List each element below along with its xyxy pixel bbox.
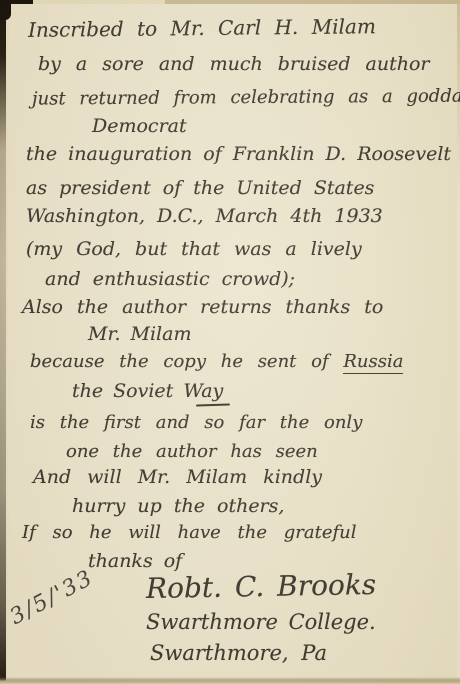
inscription-line-book-title: because the copy he sent of Russia bbox=[30, 351, 403, 372]
inscription-line: Mr. Milam bbox=[88, 323, 191, 345]
inscription-line-date-place: Washington, D.C., March 4th 1933 bbox=[26, 205, 383, 227]
inscription-line: one the author has seen bbox=[66, 441, 318, 462]
inscription-line: is the first and so far the only bbox=[30, 412, 362, 433]
underline-stroke bbox=[196, 403, 230, 406]
pencil-date-note: 3/5/'33 bbox=[6, 565, 98, 630]
inscription-line: as president of the United States bbox=[26, 177, 374, 199]
inscription-line: And will Mr. Milam kindly bbox=[33, 466, 322, 488]
page-top-edge bbox=[0, 0, 460, 4]
inscription-line: Also the author returns thanks to bbox=[22, 296, 383, 318]
inscription-line: (my God, but that was a lively bbox=[26, 238, 362, 260]
inscription-line: thanks of bbox=[88, 550, 182, 572]
book-page: Inscribed to Mr. Carl H. Milam by a sore… bbox=[0, 0, 460, 684]
inscription-line-book-title: the Soviet Way bbox=[72, 380, 223, 402]
inscription-line-city: Swarthmore, Pa bbox=[150, 641, 327, 665]
line-text: because the copy he sent of bbox=[30, 351, 343, 372]
inscription-line: If so he will have the grateful bbox=[22, 522, 356, 543]
inscription-line: just returned from celebrating as a godd… bbox=[32, 85, 460, 109]
inscription-line: and enthusiastic crowd); bbox=[45, 268, 295, 290]
inscription-line: by a sore and much bruised author bbox=[38, 53, 430, 75]
inscription-line: the inauguration of Franklin D. Roosevel… bbox=[26, 143, 451, 165]
inscription-line: hurry up the others, bbox=[72, 495, 284, 517]
inscription-line-institution: Swarthmore College. bbox=[146, 610, 376, 634]
book-gutter-edge bbox=[0, 0, 6, 684]
inscription-line-dedication: Inscribed to Mr. Carl H. Milam bbox=[28, 14, 376, 42]
underlined-word: Russia bbox=[343, 351, 403, 374]
gutter-corner-mark bbox=[0, 0, 11, 20]
page-bottom-edge bbox=[0, 677, 460, 684]
inscription-line: Democrat bbox=[92, 115, 187, 137]
signature: Robt. C. Brooks bbox=[146, 568, 377, 605]
